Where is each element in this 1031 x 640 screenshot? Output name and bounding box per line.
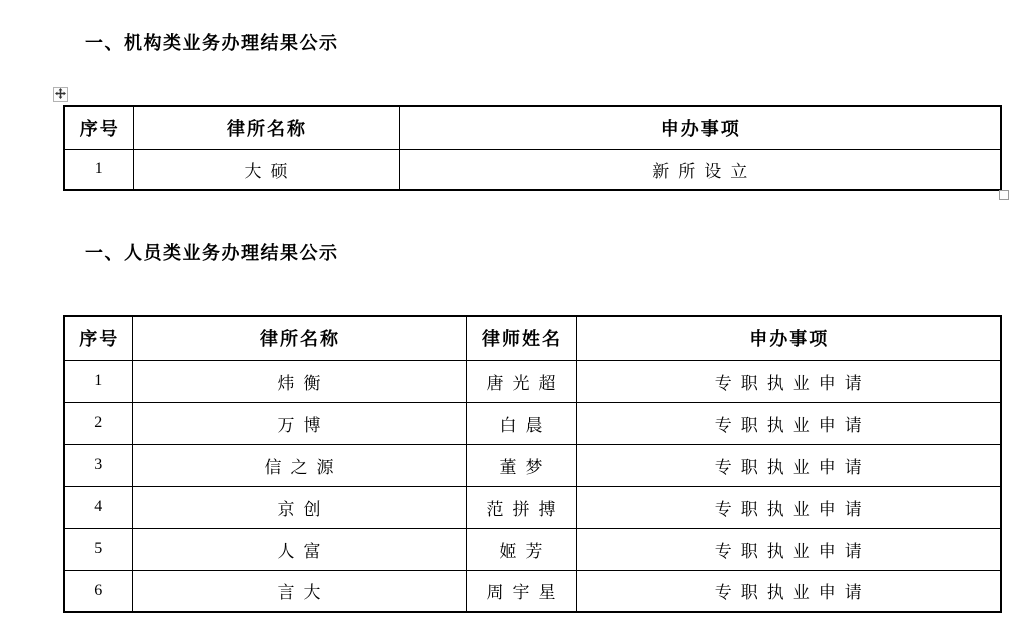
table-move-handle[interactable] [53,87,68,102]
cell-seq: 4 [64,486,132,528]
section-title-personnel: 一、人员类业务办理结果公示 [85,242,339,264]
cell-lawyer-name: 白晨 [466,402,576,444]
table-row: 3 信之源 董梦 专职执业申请 [64,444,1001,486]
cell-seq: 3 [64,444,132,486]
cell-seq: 1 [64,149,133,190]
cell-application-matter: 专职执业申请 [576,528,1001,570]
cell-application-matter: 专职执业申请 [576,486,1001,528]
cell-firm-name: 人富 [132,528,466,570]
table-header-row: 序号 律所名称 申办事项 [64,106,1001,149]
personnel-results-table: 序号 律所名称 律师姓名 申办事项 1 炜衡 唐光超 专职执业申请 2 万博 白… [63,315,1002,613]
table-row: 1 大硕 新所设立 [64,149,1001,190]
cell-application-matter: 专职执业申请 [576,402,1001,444]
cell-firm-name: 大硕 [133,149,399,190]
col-header-lawyer-name: 律师姓名 [466,316,576,360]
cell-lawyer-name: 唐光超 [466,360,576,402]
col-header-seq: 序号 [64,316,132,360]
cell-seq: 5 [64,528,132,570]
table-header-row: 序号 律所名称 律师姓名 申办事项 [64,316,1001,360]
cell-lawyer-name: 姬芳 [466,528,576,570]
cell-firm-name: 信之源 [132,444,466,486]
col-header-application-matter: 申办事项 [399,106,1001,149]
table-row: 1 炜衡 唐光超 专职执业申请 [64,360,1001,402]
cell-firm-name: 炜衡 [132,360,466,402]
col-header-seq: 序号 [64,106,133,149]
move-cross-icon [55,86,66,104]
cell-firm-name: 万博 [132,402,466,444]
col-header-firm-name: 律所名称 [132,316,466,360]
table-row: 6 言大 周宇星 专职执业申请 [64,570,1001,612]
cell-firm-name: 言大 [132,570,466,612]
cell-firm-name: 京创 [132,486,466,528]
document-page: 一、机构类业务办理结果公示 序号 律所名称 申办事项 1 大硕 新所设立 一、人… [0,0,1031,640]
table-row: 2 万博 白晨 专职执业申请 [64,402,1001,444]
section-title-institution: 一、机构类业务办理结果公示 [85,32,339,54]
institution-results-table: 序号 律所名称 申办事项 1 大硕 新所设立 [63,105,1002,191]
table-resize-handle[interactable] [999,190,1009,200]
cell-lawyer-name: 周宇星 [466,570,576,612]
col-header-firm-name: 律所名称 [133,106,399,149]
table-row: 4 京创 范拼搏 专职执业申请 [64,486,1001,528]
cell-application-matter: 专职执业申请 [576,360,1001,402]
cell-seq: 1 [64,360,132,402]
cell-application-matter: 专职执业申请 [576,570,1001,612]
cell-lawyer-name: 范拼搏 [466,486,576,528]
table-row: 5 人富 姬芳 专职执业申请 [64,528,1001,570]
cell-lawyer-name: 董梦 [466,444,576,486]
cell-seq: 2 [64,402,132,444]
cell-application-matter: 专职执业申请 [576,444,1001,486]
col-header-application-matter: 申办事项 [576,316,1001,360]
cell-seq: 6 [64,570,132,612]
cell-application-matter: 新所设立 [399,149,1001,190]
